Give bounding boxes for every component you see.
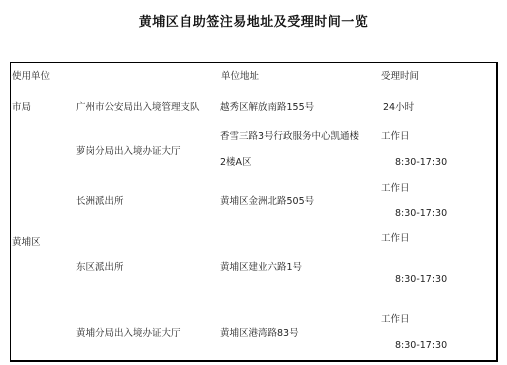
- service-hours: 8:30-17:30: [395, 274, 447, 286]
- district-label: 市局: [12, 102, 31, 114]
- unit-name: 黄埔分局出入境办证大厅: [76, 328, 181, 340]
- page-title: 黄埔区自助签注易地址及受理时间一览: [0, 11, 507, 30]
- service-hours: 8:30-17:30: [395, 157, 447, 169]
- service-days: 工作日: [381, 131, 410, 143]
- unit-name: 长洲派出所: [76, 196, 124, 208]
- service-days: 工作日: [381, 183, 410, 195]
- service-days: 工作日: [381, 314, 410, 326]
- unit-address: 黄埔区港湾路83号: [220, 328, 299, 340]
- unit-address-line2: 2楼A区: [220, 157, 252, 169]
- header-unit: 使用单位: [12, 71, 50, 83]
- service-hours: 8:30-17:30: [395, 208, 447, 220]
- unit-name: 萝岗分局出入境办证大厅: [76, 146, 181, 158]
- service-hours: 8:30-17:30: [395, 340, 447, 352]
- unit-address: 越秀区解放南路155号: [220, 102, 314, 114]
- unit-name: 东区派出所: [76, 262, 124, 274]
- header-address: 单位地址: [221, 71, 259, 83]
- district-label: 黄埔区: [12, 237, 41, 249]
- unit-address: 黄埔区金洲北路505号: [220, 196, 314, 208]
- unit-name: 广州市公安局出入境管理支队: [76, 102, 200, 114]
- unit-address-line1: 香雪三路3号行政服务中心凯通楼: [220, 131, 359, 143]
- unit-address: 黄埔区建业六路1号: [220, 262, 302, 274]
- header-hours: 受理时间: [381, 71, 419, 83]
- service-hours: 24小时: [383, 102, 414, 114]
- service-days: 工作日: [381, 233, 410, 245]
